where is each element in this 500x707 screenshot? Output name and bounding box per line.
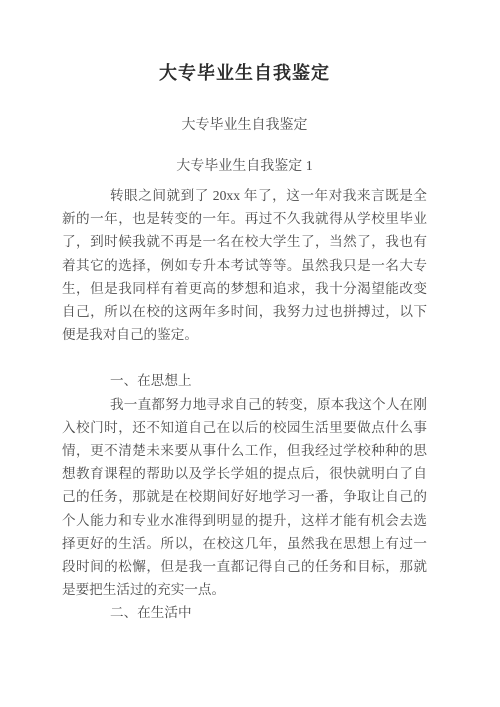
section-paragraph-thought: 我一直都努力地寻求自己的转变，原本我这个人在刚入校门时，还不知道自己在以后的校园… [62,393,427,602]
section-heading-life: 二、在生活中 [62,601,427,624]
page-title: 大专毕业生自我鉴定 [62,60,427,86]
part-heading: 大专毕业生自我鉴定 1 [62,155,427,178]
document-page: 大专毕业生自我鉴定 大专毕业生自我鉴定 大专毕业生自我鉴定 1 转眼之间就到了 … [0,0,500,707]
intro-paragraph: 转眼之间就到了 20xx 年了，这一年对我来言既是全新的一年，也是转变的一年。再… [62,184,427,346]
section-heading-thought: 一、在思想上 [62,369,427,392]
document-subtitle: 大专毕业生自我鉴定 [62,114,427,137]
document-content: 大专毕业生自我鉴定 大专毕业生自我鉴定 大专毕业生自我鉴定 1 转眼之间就到了 … [0,60,500,625]
